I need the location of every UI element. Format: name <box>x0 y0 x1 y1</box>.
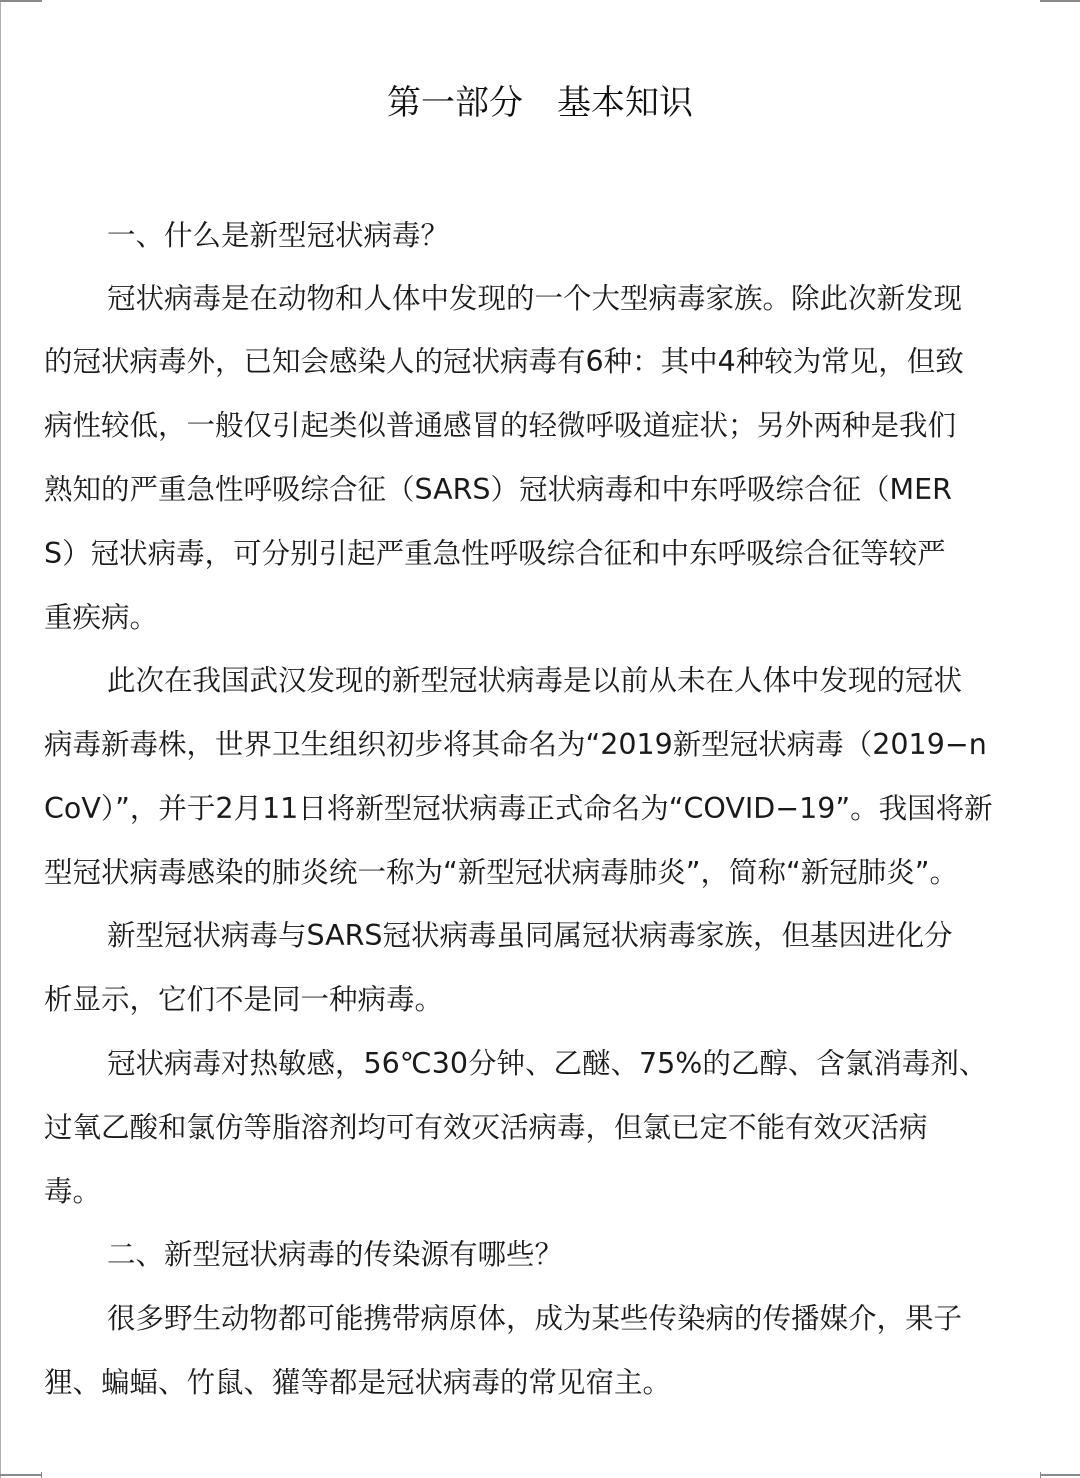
paragraph-4-line-3: 毒。 <box>44 1172 101 1212</box>
page-title: 第一部分 基本知识 <box>0 78 1080 128</box>
paragraph-4-line-2: 过氧乙酸和氯仿等脂溶剂均可有效灭活病毒，但氯已定不能有效灭活病 <box>44 1108 928 1148</box>
crop-mark-bottom-left <box>0 1474 42 1476</box>
paragraph-4-line-1: 冠状病毒对热敏感，56℃30分钟、乙醚、75%的乙醇、含氯消毒剂、 <box>107 1044 987 1084</box>
paragraph-3-line-2: 析显示，它们不是同一种病毒。 <box>44 980 443 1020</box>
paragraph-1-line-5: S）冠状病毒，可分别引起严重急性呼吸综合征和中东呼吸综合征等较严 <box>44 534 946 574</box>
crop-mark-bottom-right-tick <box>1040 1472 1041 1478</box>
crop-mark-top-left <box>0 0 42 2</box>
paragraph-1-line-6: 重疾病。 <box>44 598 158 638</box>
paragraph-1-line-3: 病性较低，一般仅引起类似普通感冒的轻微呼吸道症状；另外两种是我们 <box>44 406 956 446</box>
crop-mark-top-right <box>1040 0 1080 2</box>
paragraph-1-line-4: 熟知的严重急性呼吸综合征（SARS）冠状病毒和中东呼吸综合征（MER <box>44 470 952 510</box>
section-heading-1: 一、什么是新型冠状病毒？ <box>107 216 449 256</box>
paragraph-2-line-2: 病毒新毒株，世界卫生组织初步将其命名为“2019新型冠状病毒（2019−n <box>44 725 987 765</box>
document-page: 第一部分 基本知识 一、什么是新型冠状病毒？ 冠状病毒是在动物和人体中发现的一个… <box>0 0 1080 1478</box>
paragraph-1-line-2: 的冠状病毒外，已知会感染人的冠状病毒有6种：其中4种较为常见，但致 <box>44 342 964 382</box>
paragraph-5-line-2: 狸、蝙蝠、竹鼠、獾等都是冠状病毒的常见宿主。 <box>44 1363 671 1403</box>
crop-mark-bottom-left-tick <box>41 1472 42 1478</box>
section-heading-2: 二、新型冠状病毒的传染源有哪些？ <box>107 1235 563 1275</box>
paragraph-2-line-1: 此次在我国武汉发现的新型冠状病毒是以前从未在人体中发现的冠状 <box>107 661 962 701</box>
paragraph-2-line-4: 型冠状病毒感染的肺炎统一称为“新型冠状病毒肺炎”，简称“新冠肺炎”。 <box>44 853 958 893</box>
paragraph-1-line-1: 冠状病毒是在动物和人体中发现的一个大型病毒家族。除此次新发现 <box>107 279 962 319</box>
paragraph-2-line-3: CoV）”，并于2月11日将新型冠状病毒正式命名为“COVID−19”。我国将新 <box>44 789 993 829</box>
paragraph-3-line-1: 新型冠状病毒与SARS冠状病毒虽同属冠状病毒家族，但基因进化分 <box>107 916 953 956</box>
crop-mark-bottom-right <box>1040 1474 1080 1476</box>
page-edge-left <box>0 0 1 1478</box>
paragraph-5-line-1: 很多野生动物都可能携带病原体，成为某些传染病的传播媒介，果子 <box>107 1299 962 1339</box>
